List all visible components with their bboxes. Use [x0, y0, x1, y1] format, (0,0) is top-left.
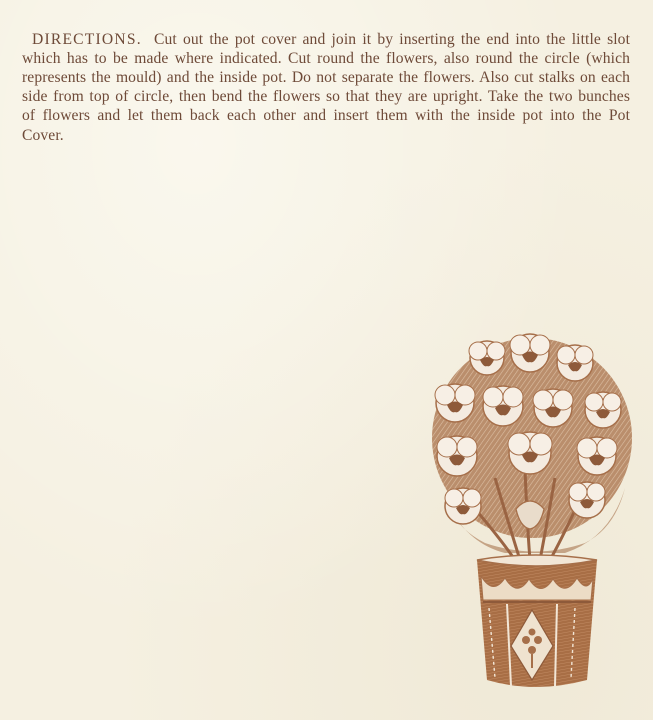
scanned-page: DIRECTIONS. Cut out the pot cover and jo…: [0, 0, 653, 720]
pot-cover: [477, 555, 597, 687]
directions-paragraph: DIRECTIONS. Cut out the pot cover and jo…: [22, 30, 630, 145]
flower-pot-icon: [425, 328, 640, 698]
directions-heading: DIRECTIONS.: [32, 31, 142, 48]
flower-pot-illustration: [425, 328, 640, 698]
